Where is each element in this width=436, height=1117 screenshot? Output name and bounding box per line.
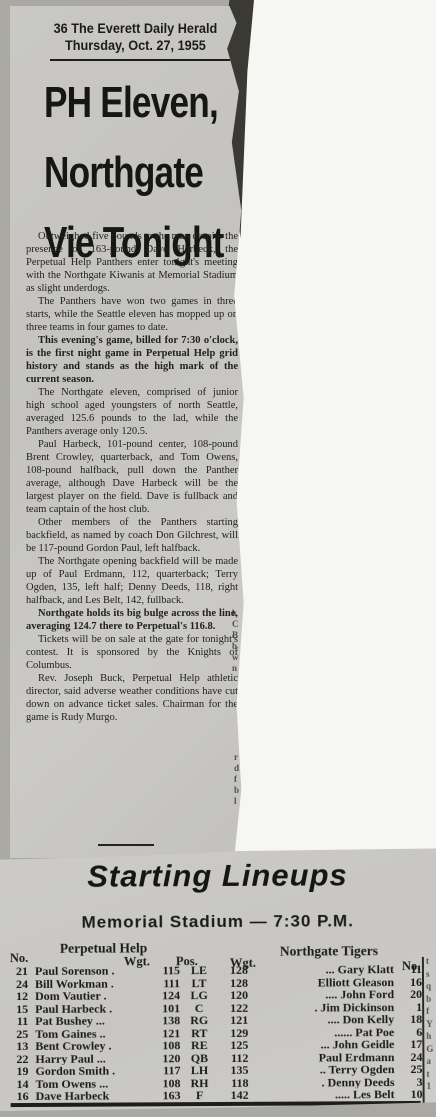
- right-team-half: 120.... John Ford20: [218, 988, 422, 1002]
- left-team-half: 25Tom Gaines ..121RT: [4, 1027, 218, 1041]
- player-name: .... Don Kelly: [248, 1013, 400, 1026]
- player-name: Paul Erdmann: [248, 1051, 400, 1064]
- stray-letter: G: [426, 1042, 433, 1055]
- player-weight: 124: [152, 989, 180, 1002]
- player-name: Dom Vautier .: [28, 989, 152, 1002]
- player-number: 12: [4, 990, 28, 1003]
- player-weight: 120: [218, 989, 248, 1002]
- player-position: RG: [180, 1014, 218, 1027]
- player-weight: 138: [152, 1014, 180, 1027]
- player-number: 11: [4, 1015, 28, 1028]
- player-position: LE: [180, 964, 218, 977]
- article-paragraph: The Panthers have won two games in three…: [26, 295, 238, 334]
- article-paragraph: This evening's game, billed for 7:30 o'c…: [26, 334, 238, 386]
- headline-line-1: PH Eleven,: [44, 68, 204, 138]
- torn-edge-text-fragments-upper: kCBbwn: [232, 608, 242, 674]
- right-team-half: 112Paul Erdmann24: [218, 1051, 422, 1065]
- player-name: . Denny Deeds: [249, 1076, 401, 1089]
- masthead-rule: [50, 59, 230, 61]
- article-paragraph: The Northgate eleven, comprised of junio…: [26, 386, 238, 438]
- right-team-half: 128Elliott Gleason16: [218, 975, 422, 989]
- player-number: 16: [5, 1090, 29, 1103]
- stray-letter: b: [232, 641, 242, 652]
- player-name: Tom Owens ...: [29, 1077, 153, 1090]
- stray-letter: B: [232, 630, 242, 641]
- left-team-half: 12Dom Vautier .124LG: [4, 989, 218, 1003]
- article-end-divider: [98, 844, 154, 846]
- player-name: ..... Les Belt: [249, 1089, 401, 1102]
- article-body: Outweighed five pounds to the man despit…: [26, 230, 238, 834]
- article-paragraph: The Northgate opening backfield will be …: [26, 555, 238, 607]
- stray-letter: q: [426, 980, 433, 993]
- article-paragraph: Other members of the Panthers starting b…: [26, 516, 238, 555]
- player-name: ...... Pat Poe: [248, 1026, 400, 1039]
- left-team-half: 22Harry Paul ...120QB: [4, 1052, 218, 1066]
- player-name: Bill Workman .: [28, 977, 152, 990]
- right-team-half: 129...... Pat Poe6: [218, 1026, 422, 1040]
- lineup-rows: 21Paul Sorenson .115LE128... Gary Klatt1…: [4, 963, 423, 1103]
- left-team-half: 16Dave Harbeck163F: [5, 1089, 219, 1103]
- lineups-subtitle: Memorial Stadium — 7:30 P.M.: [0, 911, 436, 933]
- article-clipping: 36 The Everett Daily Herald Thursday, Oc…: [10, 6, 246, 858]
- stray-letter: 1: [427, 1080, 434, 1093]
- stray-letter: r: [234, 752, 244, 763]
- article-paragraph: Northgate holds its big bulge across the…: [26, 607, 238, 633]
- right-team-half: 135.. Terry Ogden25: [218, 1063, 422, 1077]
- stray-letter: t: [426, 955, 433, 968]
- right-team-half: 125... John Geidle17: [218, 1038, 422, 1052]
- player-name: ... John Geidle: [248, 1038, 400, 1051]
- article-paragraph: Outweighed five pounds to the man despit…: [26, 230, 238, 295]
- player-number: 20: [400, 988, 422, 1001]
- right-team-half: 142..... Les Belt10: [219, 1088, 423, 1102]
- left-team-half: 13Bent Crowley .108RE: [4, 1039, 218, 1053]
- stray-letter: l: [234, 796, 244, 807]
- scan-background-white: [232, 0, 436, 860]
- masthead: 36 The Everett Daily Herald Thursday, Oc…: [48, 20, 223, 54]
- player-number: 18: [400, 1013, 422, 1026]
- masthead-dateline: Thursday, Oct. 27, 1955: [48, 37, 223, 54]
- stray-letter: t: [426, 1067, 433, 1080]
- player-position: F: [181, 1089, 219, 1102]
- right-team-half: 121.... Don Kelly18: [218, 1013, 422, 1027]
- player-name: Paul Harbeck .: [28, 1002, 152, 1015]
- stray-letter: b: [234, 785, 244, 796]
- right-team-name: Northgate Tigers: [280, 943, 378, 960]
- player-weight: 128: [218, 964, 248, 977]
- player-number: 10: [401, 1088, 423, 1101]
- left-team-half: 24Bill Workman .111LT: [4, 977, 218, 991]
- article-paragraph: Paul Harbeck, 101-pound center, 108-poun…: [26, 438, 238, 516]
- stray-letter: n: [232, 663, 242, 674]
- torn-edge-text-fragments-lower: rdfbl: [234, 752, 244, 807]
- stray-letter: d: [234, 763, 244, 774]
- masthead-title: 36 The Everett Daily Herald: [48, 20, 223, 37]
- stray-letter: s: [426, 967, 433, 980]
- player-name: Dave Harbeck: [29, 1090, 153, 1103]
- right-team-half: 122. Jim Dickinson1: [218, 1001, 422, 1015]
- lineups-torn-edge-fragments: tsqbfYhGat1: [426, 955, 434, 1093]
- stray-letter: k: [232, 608, 242, 619]
- stray-letter: b: [426, 992, 433, 1005]
- player-name: Paul Sorenson .: [28, 964, 152, 977]
- left-team-half: 15Paul Harbeck .101C: [4, 1002, 218, 1016]
- lineups-right-column-rule: [422, 957, 425, 1103]
- player-name: .. Terry Ogden: [248, 1063, 400, 1076]
- left-team-half: 21Paul Sorenson .115LE: [4, 964, 218, 978]
- player-name: Elliott Gleason: [248, 976, 400, 989]
- player-position: LG: [180, 989, 218, 1002]
- newspaper-scan: { "colors": { "background": "#a9a8a3", "…: [0, 0, 436, 1117]
- player-name: . Jim Dickinson: [248, 1001, 400, 1014]
- lineups-title: Starting Lineups: [0, 857, 436, 895]
- player-name: Harry Paul ...: [28, 1052, 152, 1065]
- player-weight: 142: [219, 1089, 249, 1102]
- player-name: Bent Crowley .: [28, 1040, 152, 1053]
- left-team-half: 19Gordon Smith .117LH: [4, 1064, 218, 1078]
- player-name: ... Gary Klatt: [248, 963, 400, 976]
- player-weight: 163: [153, 1090, 181, 1103]
- stray-letter: f: [234, 774, 244, 785]
- stray-letter: C: [232, 619, 242, 630]
- stray-letter: Y: [426, 1017, 433, 1030]
- player-name: Gordon Smith .: [28, 1065, 152, 1078]
- article-paragraph: Rev. Joseph Buck, Perpetual Help athleti…: [26, 672, 238, 724]
- stray-letter: w: [232, 652, 242, 663]
- player-name: Pat Bushey ...: [28, 1015, 152, 1028]
- player-weight: 115: [152, 964, 180, 977]
- player-weight: 121: [218, 1014, 248, 1027]
- player-number: 11: [400, 963, 422, 976]
- headline-line-2: Northgate: [44, 138, 204, 208]
- article-paragraph: Tickets will be on sale at the gate for …: [26, 633, 238, 672]
- lineups-bottom-rule: [11, 1101, 421, 1107]
- player-name: .... John Ford: [248, 988, 400, 1001]
- right-team-half: 128... Gary Klatt11: [218, 963, 422, 977]
- right-team-half: 118. Denny Deeds3: [219, 1076, 423, 1090]
- player-name: Tom Gaines ..: [28, 1027, 152, 1040]
- stray-letter: f: [426, 1005, 433, 1018]
- stray-letter: a: [426, 1055, 433, 1068]
- lineups-clipping: Starting Lineups Memorial Stadium — 7:30…: [0, 847, 436, 1111]
- left-team-half: 14Tom Owens ...108RH: [5, 1077, 219, 1091]
- left-team-half: 11Pat Bushey ...138RG: [4, 1014, 218, 1028]
- stray-letter: h: [426, 1030, 433, 1043]
- player-number: 21: [4, 965, 28, 978]
